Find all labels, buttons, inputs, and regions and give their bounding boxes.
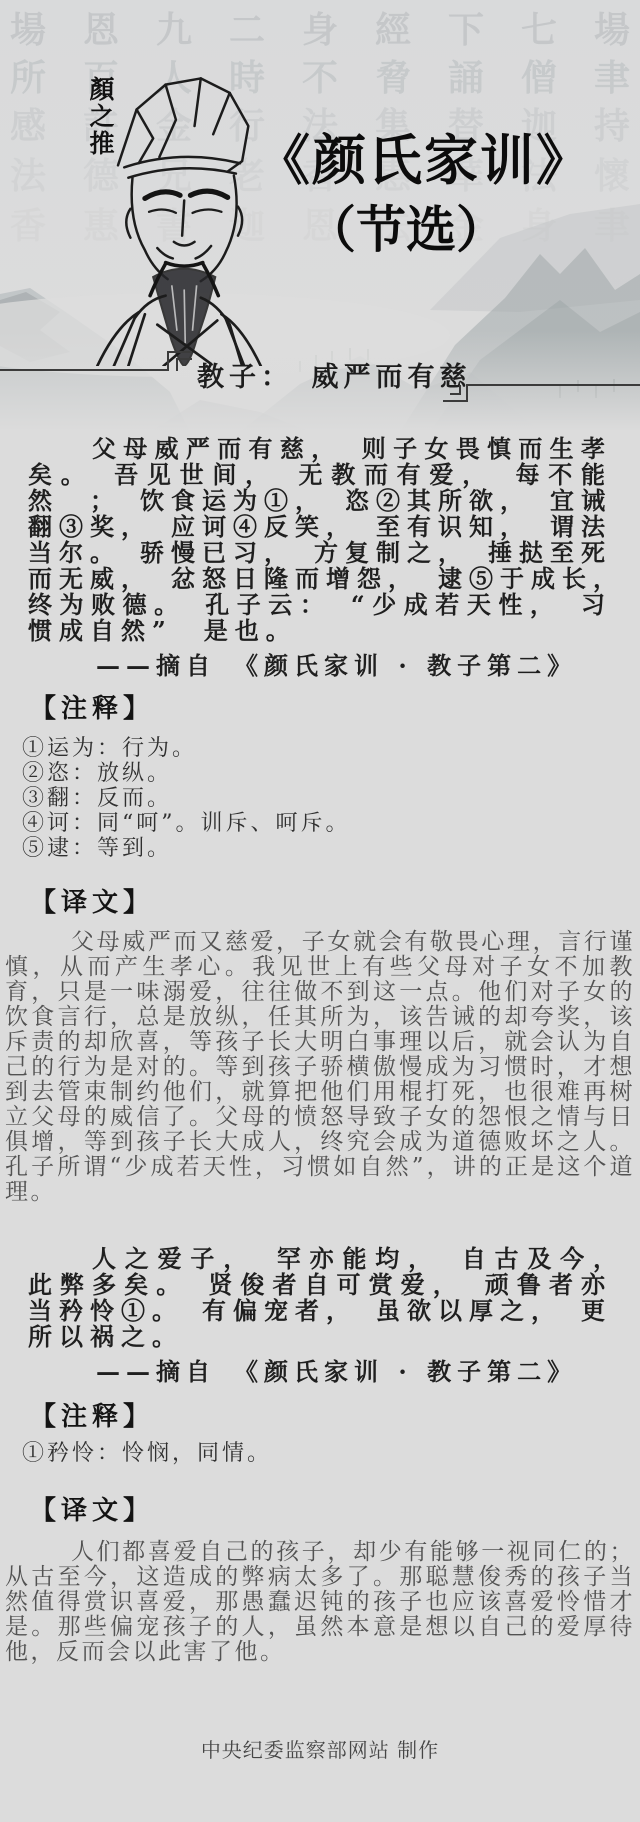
section-rule-left [0, 369, 167, 371]
translation-2-text: 人们都喜爱自己的孩子，却少有能够一视同仁的；从古至今，这造成的弊病太多了。那聪慧… [5, 1540, 635, 1665]
note-item: ①矜怜：怜悯，同情。 [22, 1441, 622, 1466]
passage-2-attribution: ——摘自 《颜氏家训 · 教子第二》 [96, 1352, 577, 1387]
portrait-name-label: 顏之推 [82, 76, 118, 157]
section-title: 教子： 威严而有慈 [197, 355, 472, 394]
translation-2-heading: 【译文】 [30, 1490, 154, 1527]
page: 場恩九二身經下七場 所百人時不脅誦僧聿 感許金行法集替迦持 法德兄老香惠華法懷 … [0, 0, 640, 1822]
notes-1-list: ①运为：行为。 ②恣：放纵。 ③翻：反而。 ④诃：同“呵”。训斥、呵斥。 ⑤逮：… [22, 736, 622, 861]
translation-1-text: 父母威严而又慈爱，子女就会有敬畏心理，言行谨慎，从而产生孝心。我见世上有些父母对… [5, 930, 635, 1205]
corner-bracket-bottom-right-inner [450, 385, 461, 395]
notes-2-list: ①矜怜：怜悯，同情。 [22, 1441, 622, 1466]
corner-bracket-top-left-inner [176, 358, 192, 371]
passage-1-attribution: ——摘自 《颜氏家训 · 教子第二》 [96, 646, 577, 681]
note-item: ②恣：放纵。 [22, 761, 622, 786]
passage-2-text: 人之爱子， 罕亦能均， 自古及今， 此弊多矣。 贤俊者自可赏爱， 顽鲁者亦当矜怜… [28, 1246, 612, 1350]
page-subtitle: （节选） [256, 190, 556, 262]
notes-2-heading: 【注释】 [30, 1396, 154, 1433]
translation-1-heading: 【译文】 [30, 882, 154, 919]
note-item: ④诃：同“呵”。训斥、呵斥。 [22, 811, 622, 836]
note-item: ⑤逮：等到。 [22, 836, 622, 861]
page-title: 《颜氏家训》 [256, 118, 628, 195]
passage-1-text: 父母威严而有慈， 则子女畏慎而生孝矣。 吾见世间， 无教而有爱， 每不能然 ； … [28, 436, 612, 644]
note-item: ③翻：反而。 [22, 786, 622, 811]
notes-1-heading: 【注释】 [30, 688, 154, 725]
section-rule-right [466, 384, 640, 386]
note-item: ①运为：行为。 [22, 736, 622, 761]
footer-credit: 中央纪委监察部网站 制作 [0, 1734, 640, 1763]
